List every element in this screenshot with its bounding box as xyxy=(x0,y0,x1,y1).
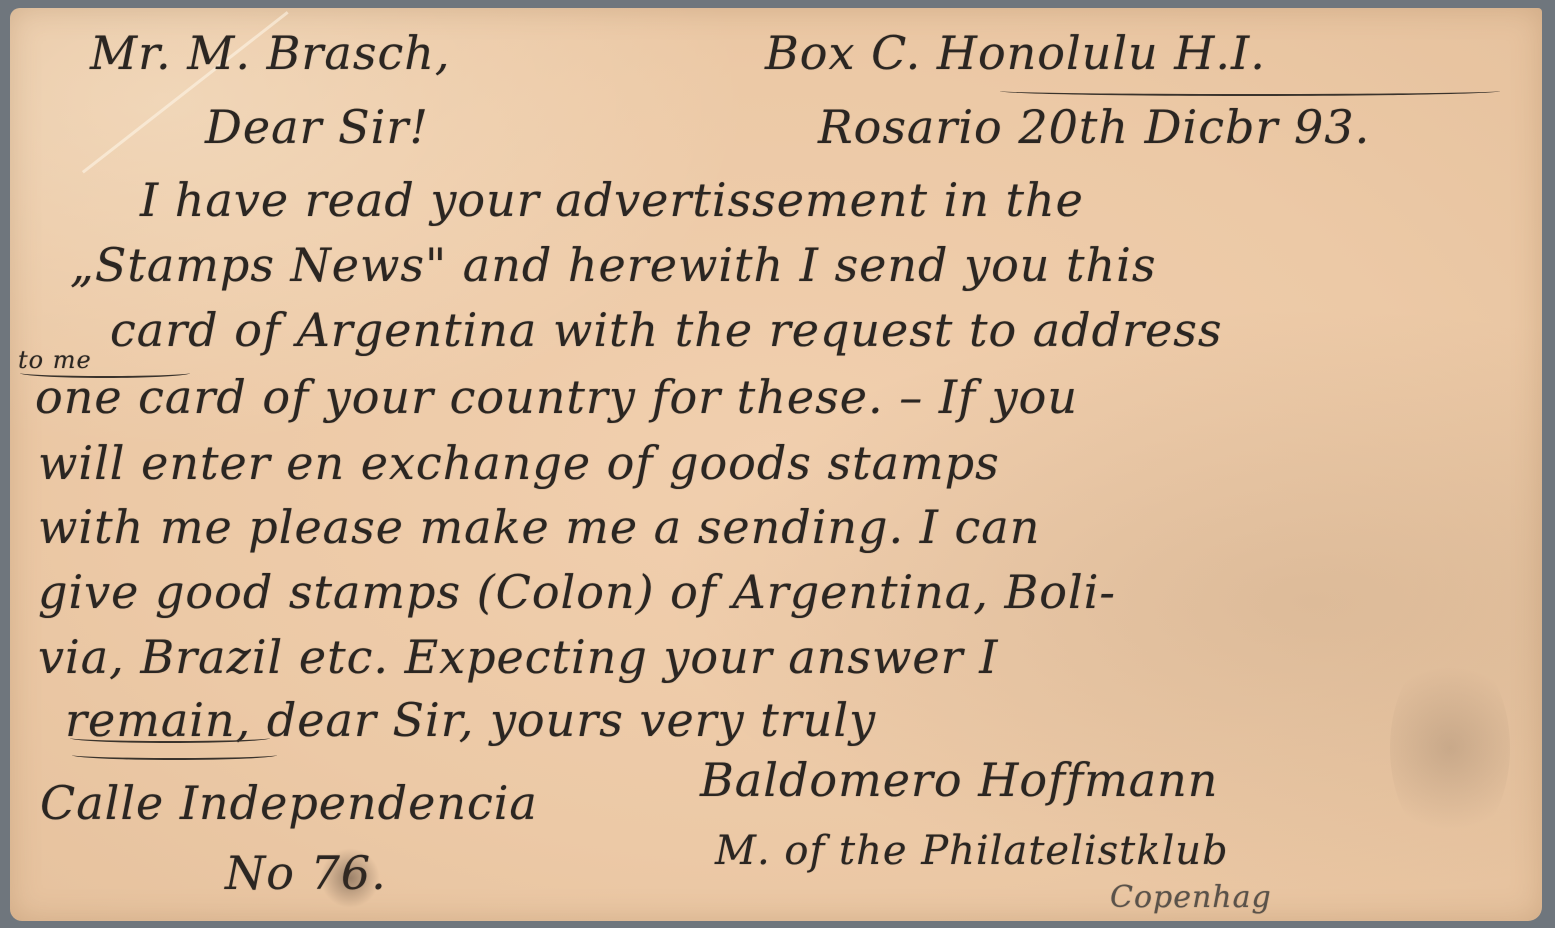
salutation: Dear Sir! xyxy=(205,100,429,154)
recipient-address: Box C. Honolulu H.I. xyxy=(765,26,1266,80)
body-line-7: give good stamps (Colon) of Argentina, B… xyxy=(38,565,1116,619)
signature-name: Baldomero Hoffmann xyxy=(700,753,1218,807)
address-underline xyxy=(1000,86,1500,96)
addressee: Mr. M. Brasch, xyxy=(90,26,450,80)
street-overline xyxy=(72,750,277,760)
body-line-2: „Stamps News" and herewith I send you th… xyxy=(70,238,1156,292)
ink-smudge xyxy=(320,848,380,908)
place-date: Rosario 20th Dicbr 93. xyxy=(818,100,1370,154)
signature-city: Copenhag xyxy=(1110,880,1272,915)
signature-affiliation: M. of the Philatelistklub xyxy=(715,828,1229,874)
scanned-postcard: Mr. M. Brasch, Box C. Honolulu H.I. Dear… xyxy=(0,0,1555,928)
body-line-8: via, Brazil etc. Expecting your answer I xyxy=(38,630,998,684)
postcard-paper: Mr. M. Brasch, Box C. Honolulu H.I. Dear… xyxy=(10,8,1542,921)
paper-stain xyxy=(1390,648,1510,848)
remain-underline xyxy=(70,733,270,743)
body-line-5: will enter en exchange of goods stamps xyxy=(38,436,1000,490)
body-line-6: with me please make me a sending. I can xyxy=(38,500,1040,554)
body-line-3: card of Argentina with the request to ad… xyxy=(110,303,1223,357)
body-line-4: one card of your country for these. – If… xyxy=(35,370,1078,424)
sender-street: Calle Independencia xyxy=(40,776,538,830)
body-line-1: I have read your advertissement in the xyxy=(140,173,1084,227)
